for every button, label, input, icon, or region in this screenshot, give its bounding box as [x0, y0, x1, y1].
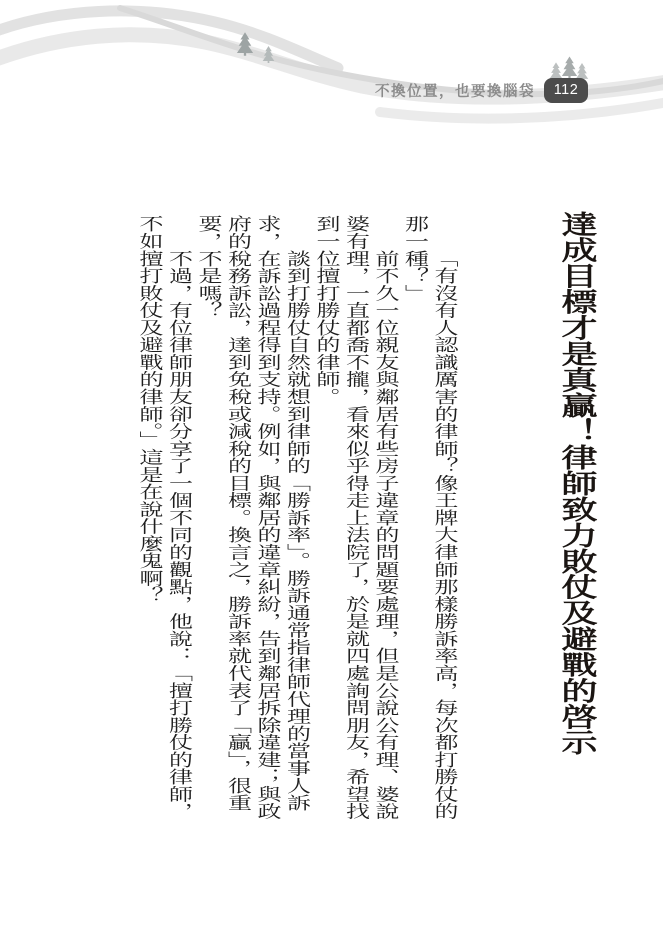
- paragraph: 談到打勝仗自然就想到律師的「勝訴率」。勝訴通常指律師代理的當事人訴求，在訴訟過程…: [192, 215, 310, 824]
- tree-icon: [262, 46, 275, 63]
- article-body: 「有沒有人認識厲害的律師？像王牌大律師那樣勝訴率高，每次都打勝仗的那一種？」 前…: [133, 215, 458, 824]
- paragraph: 不過，有位律師朋友卻分享了一個不同的觀點，他說：「擅打勝仗的律師，不如擅打敗仗及…: [133, 215, 192, 824]
- paragraph: 前不久一位親友與鄰居有些房子違章的問題要處理，但是公說公有理、婆說婆有理，一直都…: [310, 215, 399, 824]
- page-header: 不換位置，也要換腦袋 112: [375, 77, 588, 103]
- book-page: 不換位置，也要換腦袋 112 達成目標才是真贏！律師致力敗仗及避戰的啓示 「有沒…: [0, 0, 663, 932]
- header-slogan: 不換位置，也要換腦袋: [375, 80, 535, 101]
- paragraph: 「有沒有人認識厲害的律師？像王牌大律師那樣勝訴率高，每次都打勝仗的那一種？」: [398, 215, 457, 824]
- article-title: 達成目標才是真贏！律師致力敗仗及避戰的啓示: [557, 211, 597, 787]
- page-number-badge: 112: [544, 78, 588, 103]
- tree-icon: [236, 32, 254, 56]
